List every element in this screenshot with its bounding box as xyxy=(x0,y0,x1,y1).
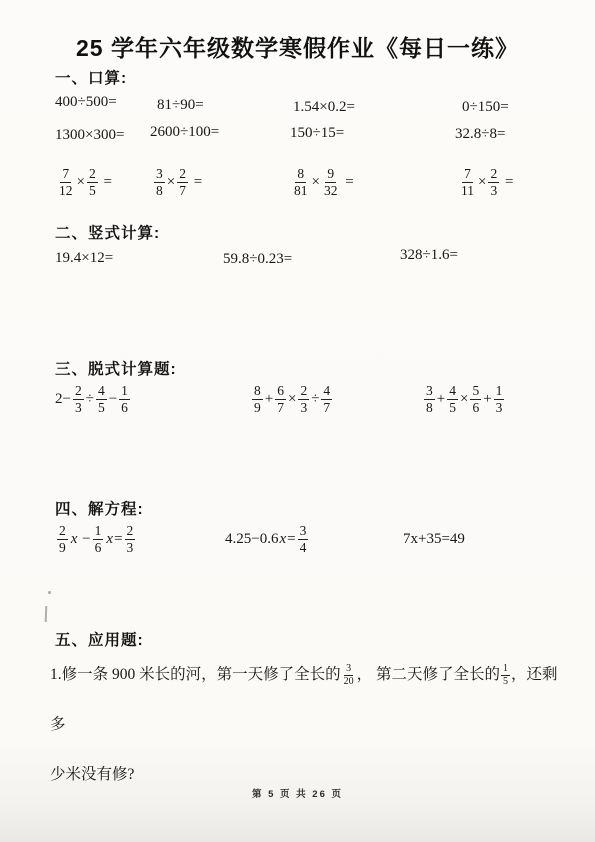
fraction: 15 xyxy=(501,663,510,687)
fraction: 29 xyxy=(57,523,68,554)
page-title: 25 学年六年级数学寒假作业《每日一练》 xyxy=(0,30,595,63)
equation-problem: 7x+35=49 xyxy=(403,518,465,560)
fraction: 56 xyxy=(470,383,481,414)
oral-problem: 1300×300= xyxy=(55,127,124,144)
fraction: 932 xyxy=(322,166,340,197)
vertical-problem: 59.8÷0.23= xyxy=(223,251,292,268)
oral-problem: 32.8÷8= xyxy=(455,126,505,143)
fraction: 47 xyxy=(321,383,332,414)
oral-problem: 400÷500= xyxy=(55,94,117,111)
fraction: 89 xyxy=(252,383,263,414)
fraction: 27 xyxy=(177,166,188,197)
fraction: 45 xyxy=(447,383,458,414)
oral-problem: 1.54×0.2= xyxy=(293,99,355,116)
section-heading-oral: 一、口算: xyxy=(55,66,127,88)
fraction: 45 xyxy=(96,383,107,414)
fraction: 881 xyxy=(292,166,310,197)
fraction: 67 xyxy=(275,383,286,414)
vertical-problem: 328÷1.6= xyxy=(400,247,458,264)
stepwise-problem: 89+67×23÷47 xyxy=(250,378,334,420)
section-heading-equations: 四、解方程: xyxy=(55,497,144,519)
fraction: 712 xyxy=(57,166,75,197)
fraction: 34 xyxy=(298,523,309,554)
scan-artifact-dot xyxy=(48,591,51,594)
stepwise-problem: 38+45×56+13 xyxy=(422,378,506,420)
fraction: 23 xyxy=(298,383,309,414)
word-problem-text: 1.修一条 900 米长的河，第一天修了全长的320， 第二天修了全长的15，还… xyxy=(50,650,566,800)
fraction: 16 xyxy=(93,523,104,554)
oral-problem-fraction: 711×23 = xyxy=(457,161,513,203)
stepwise-problem: 2−23÷45−16 xyxy=(55,378,132,420)
equation-problem: 29x −16x=23 xyxy=(55,518,137,560)
section-heading-vertical: 二、竖式计算: xyxy=(55,221,160,243)
equation-problem: 4.25−0.6x=34 xyxy=(225,518,310,560)
fraction: 23 xyxy=(488,166,499,197)
fraction: 38 xyxy=(154,166,165,197)
scan-artifact-line xyxy=(45,606,47,622)
fraction: 16 xyxy=(119,383,130,414)
oral-problem: 81÷90= xyxy=(157,97,204,114)
oral-problem: 150÷15= xyxy=(290,125,344,142)
fraction: 13 xyxy=(494,383,505,414)
section-heading-word-problems: 五、应用题: xyxy=(55,628,144,650)
vertical-problem: 19.4×12= xyxy=(55,250,113,267)
fraction: 23 xyxy=(73,383,84,414)
page-number: 第 5 页 共 26 页 xyxy=(0,786,595,800)
oral-problem-fraction: 712×25 = xyxy=(55,161,112,203)
oral-problem-fraction: 881×932 = xyxy=(290,161,354,203)
fraction: 25 xyxy=(87,166,98,197)
fraction: 320 xyxy=(342,663,356,687)
fraction: 38 xyxy=(424,383,435,414)
oral-problem: 0÷150= xyxy=(462,99,509,116)
worksheet-page: 25 学年六年级数学寒假作业《每日一练》 一、口算: 400÷500= 81÷9… xyxy=(0,0,595,842)
section-heading-stepwise: 三、脱式计算题: xyxy=(55,357,177,379)
oral-problem: 2600÷100= xyxy=(150,124,219,141)
oral-problem-fraction: 38×27 = xyxy=(152,161,202,203)
fraction: 711 xyxy=(459,166,476,197)
fraction: 23 xyxy=(125,523,136,554)
